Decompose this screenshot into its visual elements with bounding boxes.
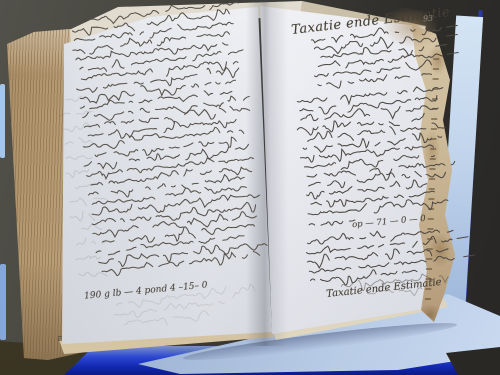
table-sliver-left-upper [0,84,5,158]
photo-open-manuscript-book: Taxatie ende Estimatie 93 op — 71 — 0 — … [0,0,500,375]
table-sliver-left-lower [0,264,6,340]
folio-number: 93 [423,14,434,24]
handwriting-right-page [288,12,498,327]
